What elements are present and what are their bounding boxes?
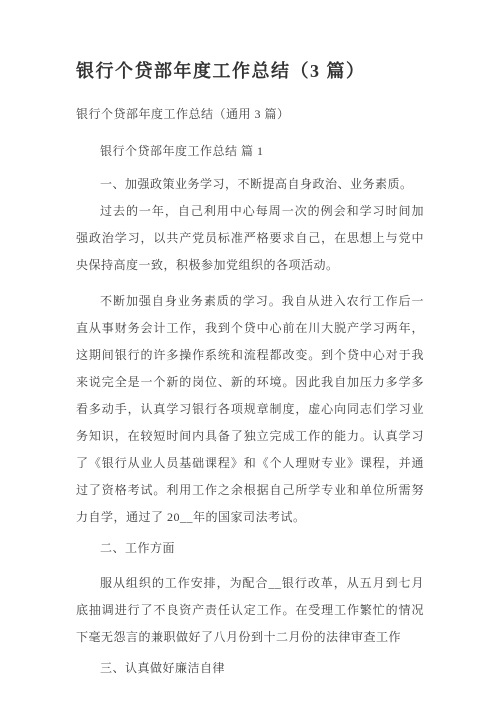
paragraph-3: 服从组织的工作安排，为配合__银行改革，从五月到七月底抽调进行了不良资产责任认定…	[76, 570, 424, 651]
section-heading-1: 一、加强政策业务学习，不断提高自身政治、业务素质。	[76, 171, 424, 198]
document-subtitle: 银行个贷部年度工作总结（通用 3 篇）	[76, 101, 424, 128]
section-heading-3: 三、认真做好廉洁自律	[76, 655, 424, 682]
paragraph-1: 过去的一年，自己利用中心每周一次的例会和学习时间加强政治学习，以共产党员标准严格…	[76, 198, 424, 279]
paragraph-2: 不断加强自身业务素质的学习。我自从进入农行工作后一直从事财务会计工作，我到个贷中…	[76, 288, 424, 531]
article-heading: 银行个贷部年度工作总结 篇 1	[76, 138, 424, 165]
document-page: 银行个贷部年度工作总结（3 篇） 银行个贷部年度工作总结（通用 3 篇） 银行个…	[0, 0, 500, 707]
document-title: 银行个贷部年度工作总结（3 篇）	[76, 57, 424, 85]
section-heading-2: 二、工作方面	[76, 535, 424, 562]
